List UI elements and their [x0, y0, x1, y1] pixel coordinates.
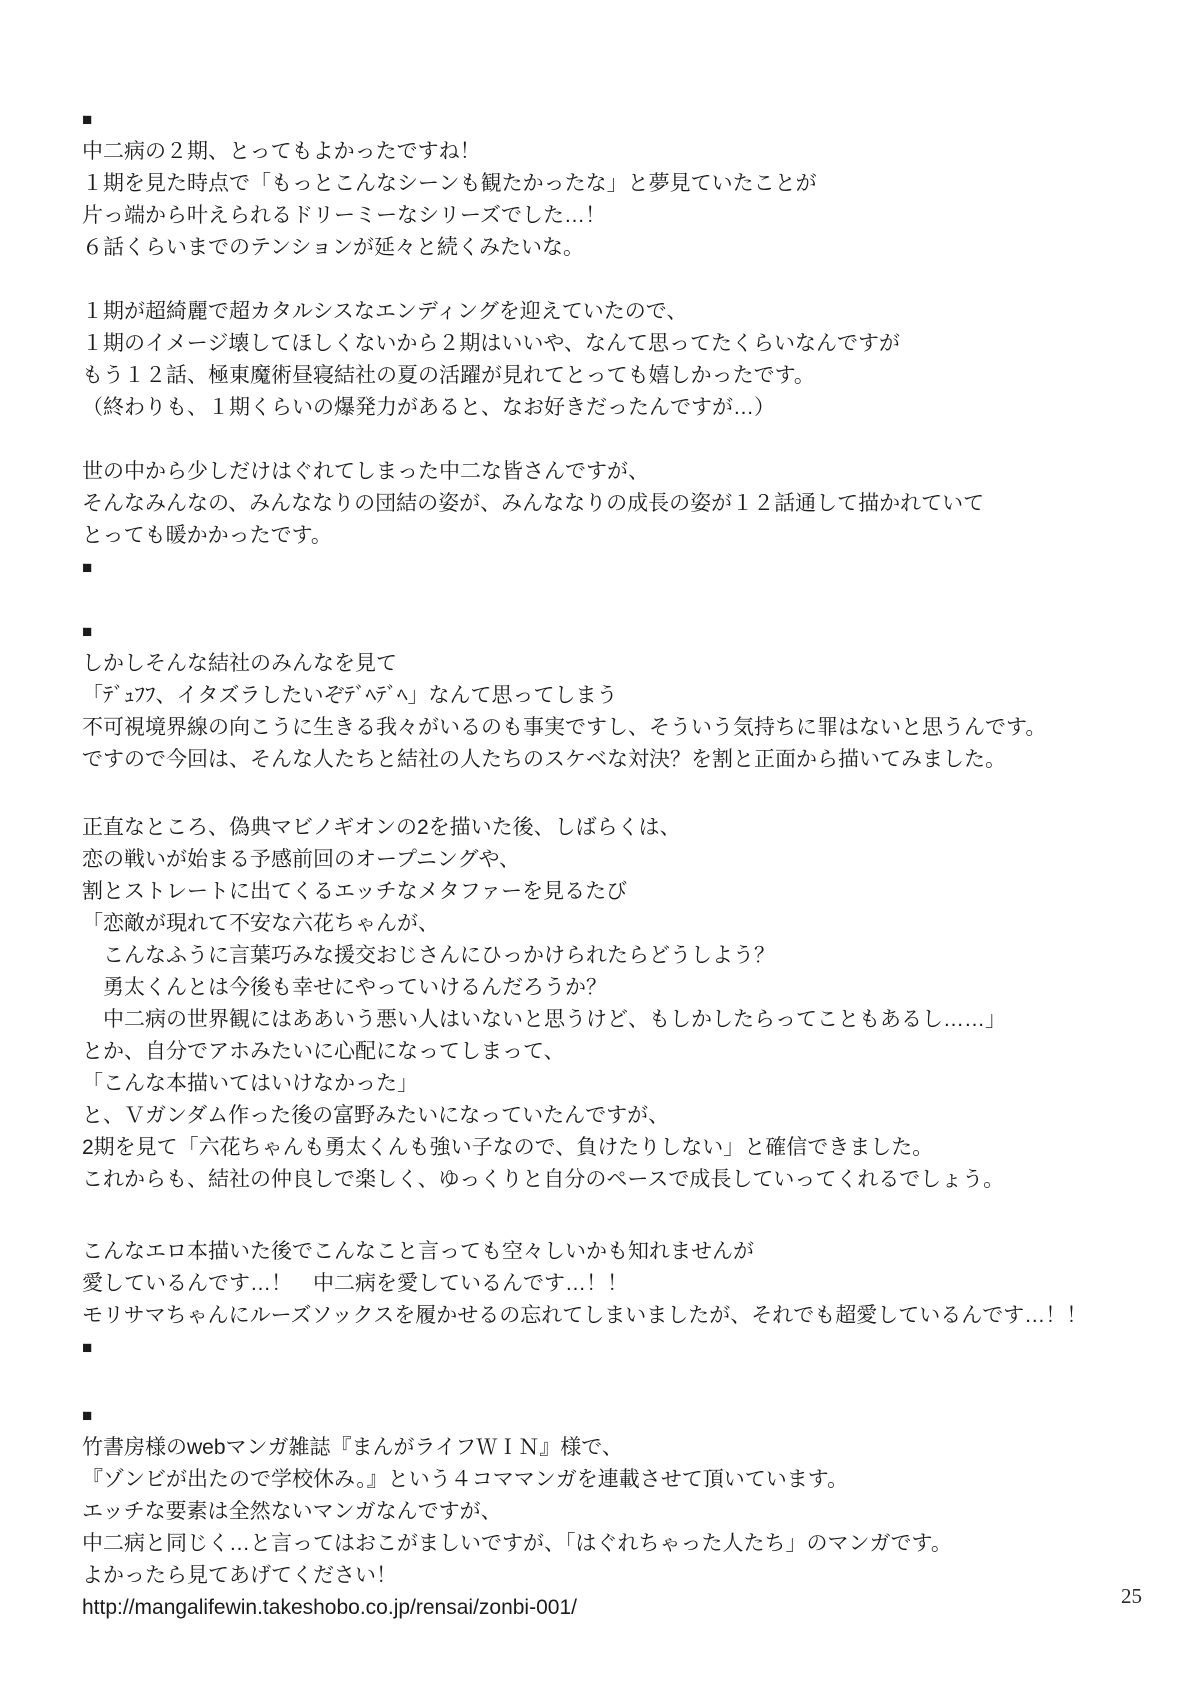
- text-line: しかしそんな結社のみんなを見て: [82, 648, 1144, 680]
- text-line: 中二病と同じく…と言ってはおこがましいですが、「はぐれちゃった人たち」のマンガで…: [82, 1528, 1144, 1560]
- text-line: （終わりも、１期くらいの爆発力があると、なお好きだったんですが…）: [82, 392, 1144, 424]
- text-line: 正直なところ、偽典マビノギオンの2を描いた後、しばらくは、: [82, 812, 1144, 844]
- text-line: 中二病の２期、とってもよかったですね！: [82, 136, 1144, 168]
- text-line: 「ﾃﾞｭﾌﾌ、イタズラしたいぞﾃﾞﾍﾃﾞﾍ」なんて思ってしまう: [82, 680, 1144, 712]
- text-line: とっても暖かかったです。: [82, 520, 1144, 552]
- text-line: １期を見た時点で「もっとこんなシーンも観たかったな」と夢見ていたことが: [82, 168, 1144, 200]
- text-line: これからも、結社の仲良しで楽しく、ゆっくりと自分のペースで成長していってくれるで…: [82, 1164, 1144, 1196]
- text-line: 中二病の世界観にはああいう悪い人はいないと思うけど、もしかしたらってこともあるし…: [82, 1004, 1144, 1036]
- text-line: ですので今回は、そんな人たちと結社の人たちのスケベな対決？を割と正面から描いてみ…: [82, 744, 1144, 776]
- text-line: 割とストレートに出てくるエッチなメタファーを見るたび: [82, 876, 1144, 908]
- text-line: こんなエロ本描いた後でこんなこと言っても空々しいかも知れませんが: [82, 1236, 1144, 1268]
- text-line: とか、自分でアホみたいに心配になってしまって、: [82, 1036, 1144, 1068]
- text-line: 「こんな本描いてはいけなかった」: [82, 1068, 1144, 1100]
- text-line: そんなみんなの、みんななりの団結の姿が、みんななりの成長の姿が１２話通して描かれ…: [82, 488, 1144, 520]
- text-line: 世の中から少しだけはぐれてしまった中二な皆さんですが、: [82, 456, 1144, 488]
- text-line: １期のイメージ壊してほしくないから２期はいいや、なんて思ってたくらいなんですが: [82, 328, 1144, 360]
- text-line: ６話くらいまでのテンションが延々と続くみたいな。: [82, 232, 1144, 264]
- section-start-marker: ■: [82, 616, 1144, 648]
- text-line: と、Ｖガンダム作った後の富野みたいになっていたんですが、: [82, 1100, 1144, 1132]
- text-line: 愛しているんです…！ 中二病を愛しているんです…！！: [82, 1268, 1144, 1300]
- text-line: もう１２話、極東魔術昼寝結社の夏の活躍が見れてとっても嬉しかったです。: [82, 360, 1144, 392]
- text-line: １期が超綺麗で超カタルシスなエンディングを迎えていたので、: [82, 296, 1144, 328]
- text-line: 2期を見て「六花ちゃんも勇太くんも強い子なので、負けたりしない」と確信できました…: [82, 1132, 1144, 1164]
- section-start-marker: ■: [82, 1400, 1144, 1432]
- page-number: 25: [1121, 1584, 1142, 1609]
- text-column: ■ 中二病の２期、とってもよかったですね！ １期を見た時点で「もっとこんなシーン…: [82, 104, 1144, 1624]
- text-line: 片っ端から叶えられるドリーミーなシリーズでした…！: [82, 200, 1144, 232]
- section-start-marker: ■: [82, 104, 1144, 136]
- text-line: よかったら見てあげてください！: [82, 1560, 1144, 1592]
- text-line: 勇太くんとは今後も幸せにやっていけるんだろうか？: [82, 972, 1144, 1004]
- text-line: モリサマちゃんにルーズソックスを履かせるの忘れてしまいましたが、それでも超愛して…: [82, 1300, 1144, 1332]
- text-line: 竹書房様のwebマンガ雑誌『まんがライフＷＩＮ』様で、: [82, 1432, 1144, 1464]
- url-line: http://mangalifewin.takeshobo.co.jp/rens…: [82, 1592, 1144, 1624]
- text-line: こんなふうに言葉巧みな援交おじさんにひっかけられたらどうしよう？: [82, 940, 1144, 972]
- document-page: ■ 中二病の２期、とってもよかったですね！ １期を見た時点で「もっとこんなシーン…: [0, 0, 1200, 1695]
- text-line: エッチな要素は全然ないマンガなんですが、: [82, 1496, 1144, 1528]
- text-line: 不可視境界線の向こうに生きる我々がいるのも事実ですし、そういう気持ちに罪はないと…: [82, 712, 1144, 744]
- section-end-marker: ■: [82, 1332, 1144, 1364]
- section-end-marker: ■: [82, 552, 1144, 584]
- text-line: 恋の戦いが始まる予感前回のオープニングや、: [82, 844, 1144, 876]
- text-line: 『ゾンビが出たので学校休み。』という４コママンガを連載させて頂いています。: [82, 1464, 1144, 1496]
- text-line: 「恋敵が現れて不安な六花ちゃんが、: [82, 908, 1144, 940]
